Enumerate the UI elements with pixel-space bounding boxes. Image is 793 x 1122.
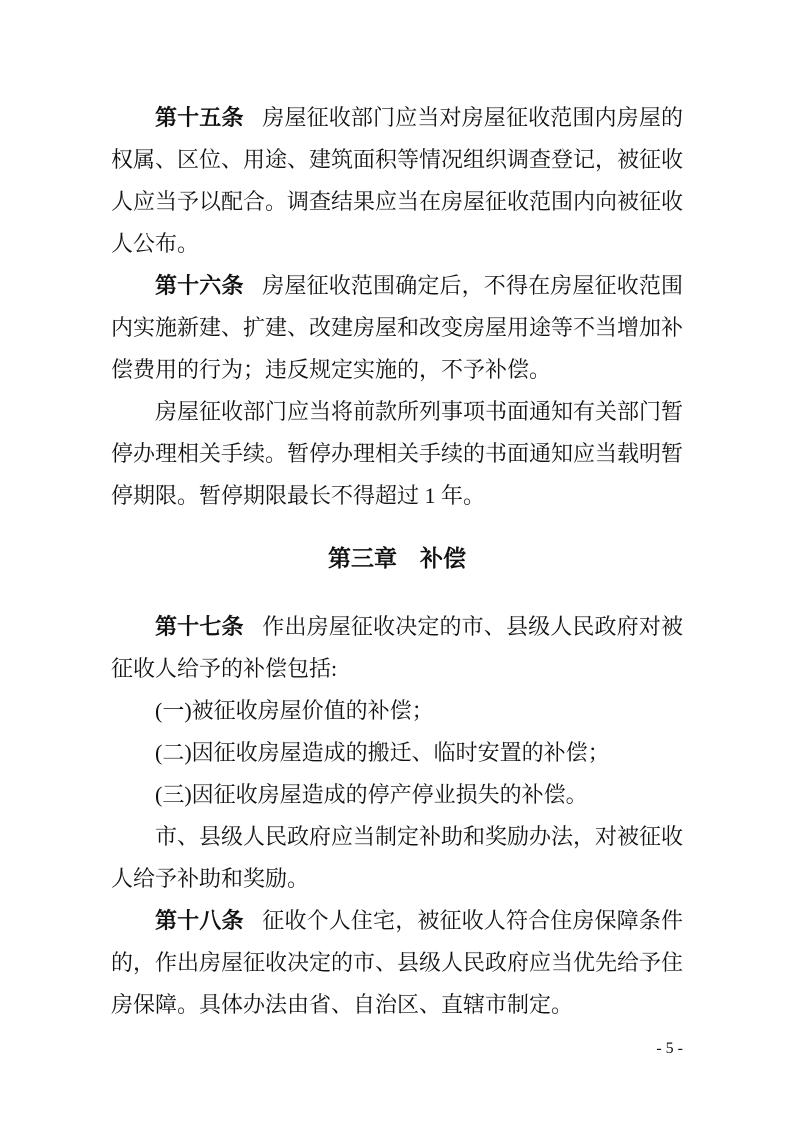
paragraph-article-16-clause-2: 房屋征收部门应当将前款所列事项书面通知有关部门暂停办理相关手续。暂停办理相关手续… xyxy=(111,391,683,517)
paragraph-article-17-item-2: (二)因征收房屋造成的搬迁、临时安置的补偿； xyxy=(111,732,683,774)
article-16-number: 第十六条 xyxy=(155,273,244,298)
paragraph-article-18: 第十八条征收个人住宅，被征收人符合住房保障条件的，作出房屋征收决定的市、县级人民… xyxy=(111,900,683,1026)
article-15-number: 第十五条 xyxy=(155,105,244,130)
paragraph-article-15: 第十五条房屋征收部门应当对房屋征收范围内房屋的权属、区位、用途、建筑面积等情况组… xyxy=(111,97,683,265)
paragraph-article-17-clause-2: 市、县级人民政府应当制定补助和奖励办法，对被征收人给予补助和奖励。 xyxy=(111,816,683,900)
chapter-3-heading: 第三章 补偿 xyxy=(111,537,683,579)
document-page: 第十五条房屋征收部门应当对房屋征收范围内房屋的权属、区位、用途、建筑面积等情况组… xyxy=(0,0,793,1122)
document-body: 第十五条房屋征收部门应当对房屋征收范围内房屋的权属、区位、用途、建筑面积等情况组… xyxy=(111,97,683,1026)
paragraph-article-17: 第十七条作出房屋征收决定的市、县级人民政府对被征收人给予的补偿包括: xyxy=(111,606,683,690)
article-18-number: 第十八条 xyxy=(155,908,244,933)
paragraph-article-17-item-1: (一)被征收房屋价值的补偿； xyxy=(111,690,683,732)
paragraph-article-17-item-3: (三)因征收房屋造成的停产停业损失的补偿。 xyxy=(111,774,683,816)
paragraph-article-16: 第十六条房屋征收范围确定后，不得在房屋征收范围内实施新建、扩建、改建房屋和改变房… xyxy=(111,265,683,391)
article-17-number: 第十七条 xyxy=(155,614,244,639)
page-number: - 5 - xyxy=(111,1038,683,1060)
